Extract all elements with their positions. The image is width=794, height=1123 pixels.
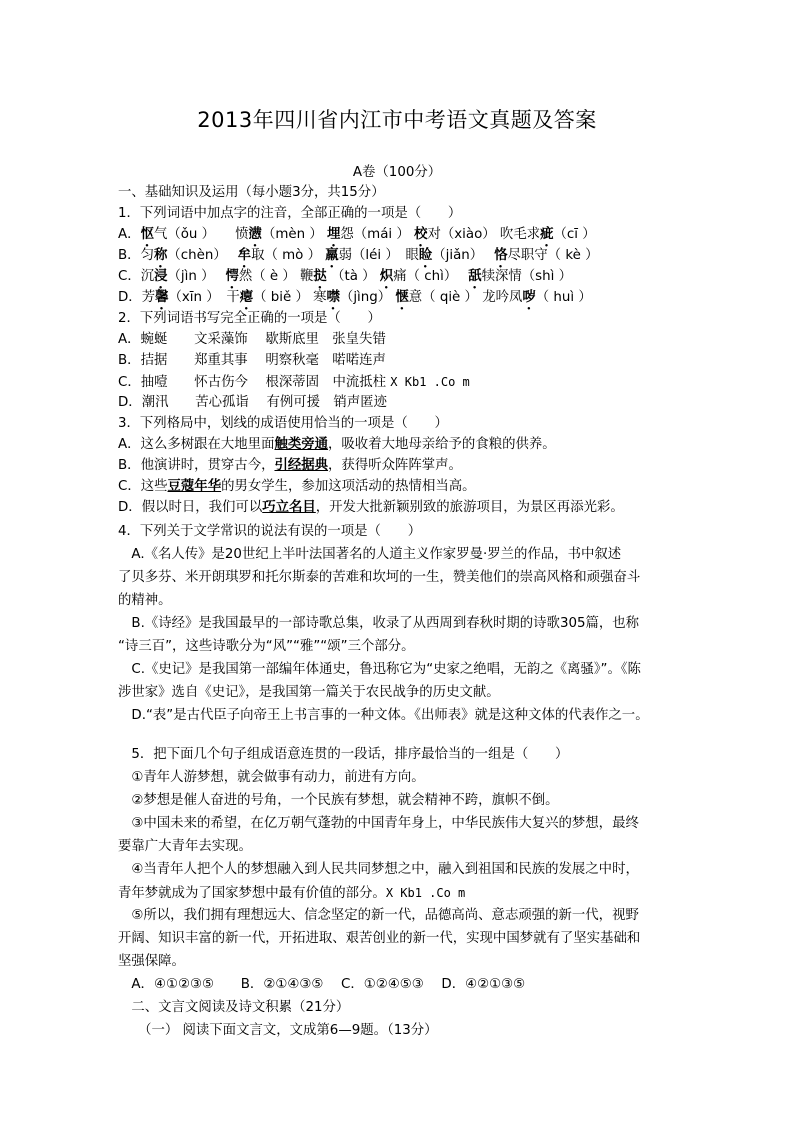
q5-sentence-4-line2: 青年梦就成为了国家梦想中最有价值的部分。X Kb1 .Co m bbox=[118, 883, 465, 904]
q5-options: A．④①②③⑤ B．②①④③⑤ C．①②④⑤③ D．④②①③⑤ bbox=[118, 975, 525, 995]
q5-sentence-3-line1: ③中国未来的希望，在亿万朝气蓬勃的中国青年身上，中华民族伟大复兴的梦想，最终 bbox=[118, 814, 639, 834]
underlined-idiom: 引经据典 bbox=[274, 458, 328, 473]
q3-option-a: A．这么多树跟在大地里面触类旁通，吸收着大地母亲给予的食粮的供养。 bbox=[118, 435, 556, 455]
q5-sentence-5-line3: 坚强保障。 bbox=[118, 952, 185, 972]
q4-option-c-line1: C.《史记》是我国第一部编年体通史，鲁迅称它为“史家之绝唱，无韵之《离骚》”。《… bbox=[118, 660, 641, 680]
q2-option-c: C．抽噎 怀古伤今 根深蒂固 中流抵柱 X Kb1 .Co m bbox=[118, 372, 470, 393]
underlined-idiom: 豆蔻年华 bbox=[168, 479, 222, 494]
exam-page: 2013年四川省内江市中考语文真题及答案 A卷（100分） 一、基础知识及运用（… bbox=[0, 0, 794, 1123]
part2-heading: 二、文言文阅读及诗文积累（21分） bbox=[118, 998, 349, 1018]
section-a-label: A卷（100分） bbox=[0, 163, 794, 183]
part2-subheading: （一） 阅读下面文言文，文成第6—9题。（13分） bbox=[118, 1021, 438, 1041]
q4-option-c-line2: 涉世家》选自《史记》，是我国第一篇关于农民战争的历史文献。 bbox=[118, 683, 500, 703]
q3-option-b: B．他演讲时，贯穿古今，引经据典，获得听众阵阵掌声。 bbox=[118, 456, 462, 476]
q4-option-a-line2: 了贝多芬、米开朗琪罗和托尔斯泰的苦难和坎坷的一生，赞美他们的崇高风格和顽强奋斗 bbox=[118, 568, 640, 588]
q3-stem: 3．下列格局中，划线的成语使用恰当的一项是（ ） bbox=[118, 414, 448, 434]
part1-heading: 一、基础知识及运用（每小题3分，共15分） bbox=[118, 183, 385, 203]
q3-option-c: C．这些豆蔻年华的男女学生，参加这项活动的热情相当高。 bbox=[118, 477, 476, 497]
q4-option-b-line2: “诗三百”，这些诗歌分为“风”“雅”“颂”三个部分。 bbox=[118, 637, 415, 657]
underlined-idiom: 触类旁通 bbox=[274, 437, 328, 452]
q5-sentence-5-line2: 开阔、知识丰富的新一代，开拓进取、艰苦创业的新一代，实现中国梦就有了坚实基础和 bbox=[118, 929, 640, 949]
q2-option-d: D．潮汛 苦心孤诣 有例可援 销声匿迹 bbox=[118, 393, 387, 413]
underlined-idiom: 巧立名目 bbox=[262, 500, 316, 515]
q3-option-d: D．假以时日，我们可以巧立名目，开发大批新颖别致的旅游项目，为景区再添光彩。 bbox=[118, 498, 624, 518]
q2-stem: 2．下列词语书写完全正确的一项是（ ） bbox=[118, 309, 381, 329]
q2-option-c-text: C．抽噎 怀古伤今 根深蒂固 中流抵柱 bbox=[118, 375, 386, 390]
q5-sentence-3-line2: 要靠广大青年去实现。 bbox=[118, 837, 252, 857]
q4-stem: 4．下列关于文学常识的说法有误的一项是（ ） bbox=[118, 522, 421, 542]
q4-option-d-line1: D.“表”是古代臣子向帝王上书言事的一种文体。《出师表》就是这种文体的代表作之一… bbox=[118, 706, 649, 726]
q5-sentence-5-line1: ⑤所以，我们拥有理想远大、信念坚定的新一代，品德高尚、意志顽强的新一代，视野 bbox=[118, 906, 639, 926]
watermark: X Kb1 .Co m bbox=[386, 886, 465, 900]
q4-option-a-line3: 的精神。 bbox=[118, 591, 172, 611]
q5-sentence-2: ②梦想是催人奋进的号角，一个民族有梦想，就会精神不跨，旗帜不倒。 bbox=[118, 791, 559, 811]
q1-stem: 1．下列词语中加点字的注音，全部正确的一项是（ ） bbox=[118, 204, 461, 224]
q2-option-a: A．蜿蜒 文采藻饰 歇斯底里 张皇失错 bbox=[118, 330, 386, 350]
watermark: X Kb1 .Co m bbox=[390, 375, 469, 389]
q5-stem: 5．把下面几个句子组成语意连贯的一段话，排序最恰当的一组是（ ） bbox=[118, 745, 568, 765]
document-title: 2013年四川省内江市中考语文真题及答案 bbox=[0, 104, 794, 134]
q4-option-a-line1: A.《名人传》是20世纪上半叶法国著名的人道主义作家罗曼·罗兰的作品，书中叙述 bbox=[118, 545, 621, 565]
q5-sentence-1: ①青年人游梦想，就会做事有动力，前进有方向。 bbox=[118, 768, 425, 788]
q5-sentence-4-line1: ④当青年人把个人的梦想融入到人民共同梦想之中，融入到祖国和民族的发展之中时， bbox=[118, 860, 639, 880]
q4-option-b-line1: B.《诗经》是我国最早的一部诗歌总集，收录了从西周到春秋时期的诗歌305篇，也称 bbox=[118, 614, 639, 634]
q2-option-b: B．拮据 郑重其事 明察秋毫 喏喏连声 bbox=[118, 351, 386, 371]
